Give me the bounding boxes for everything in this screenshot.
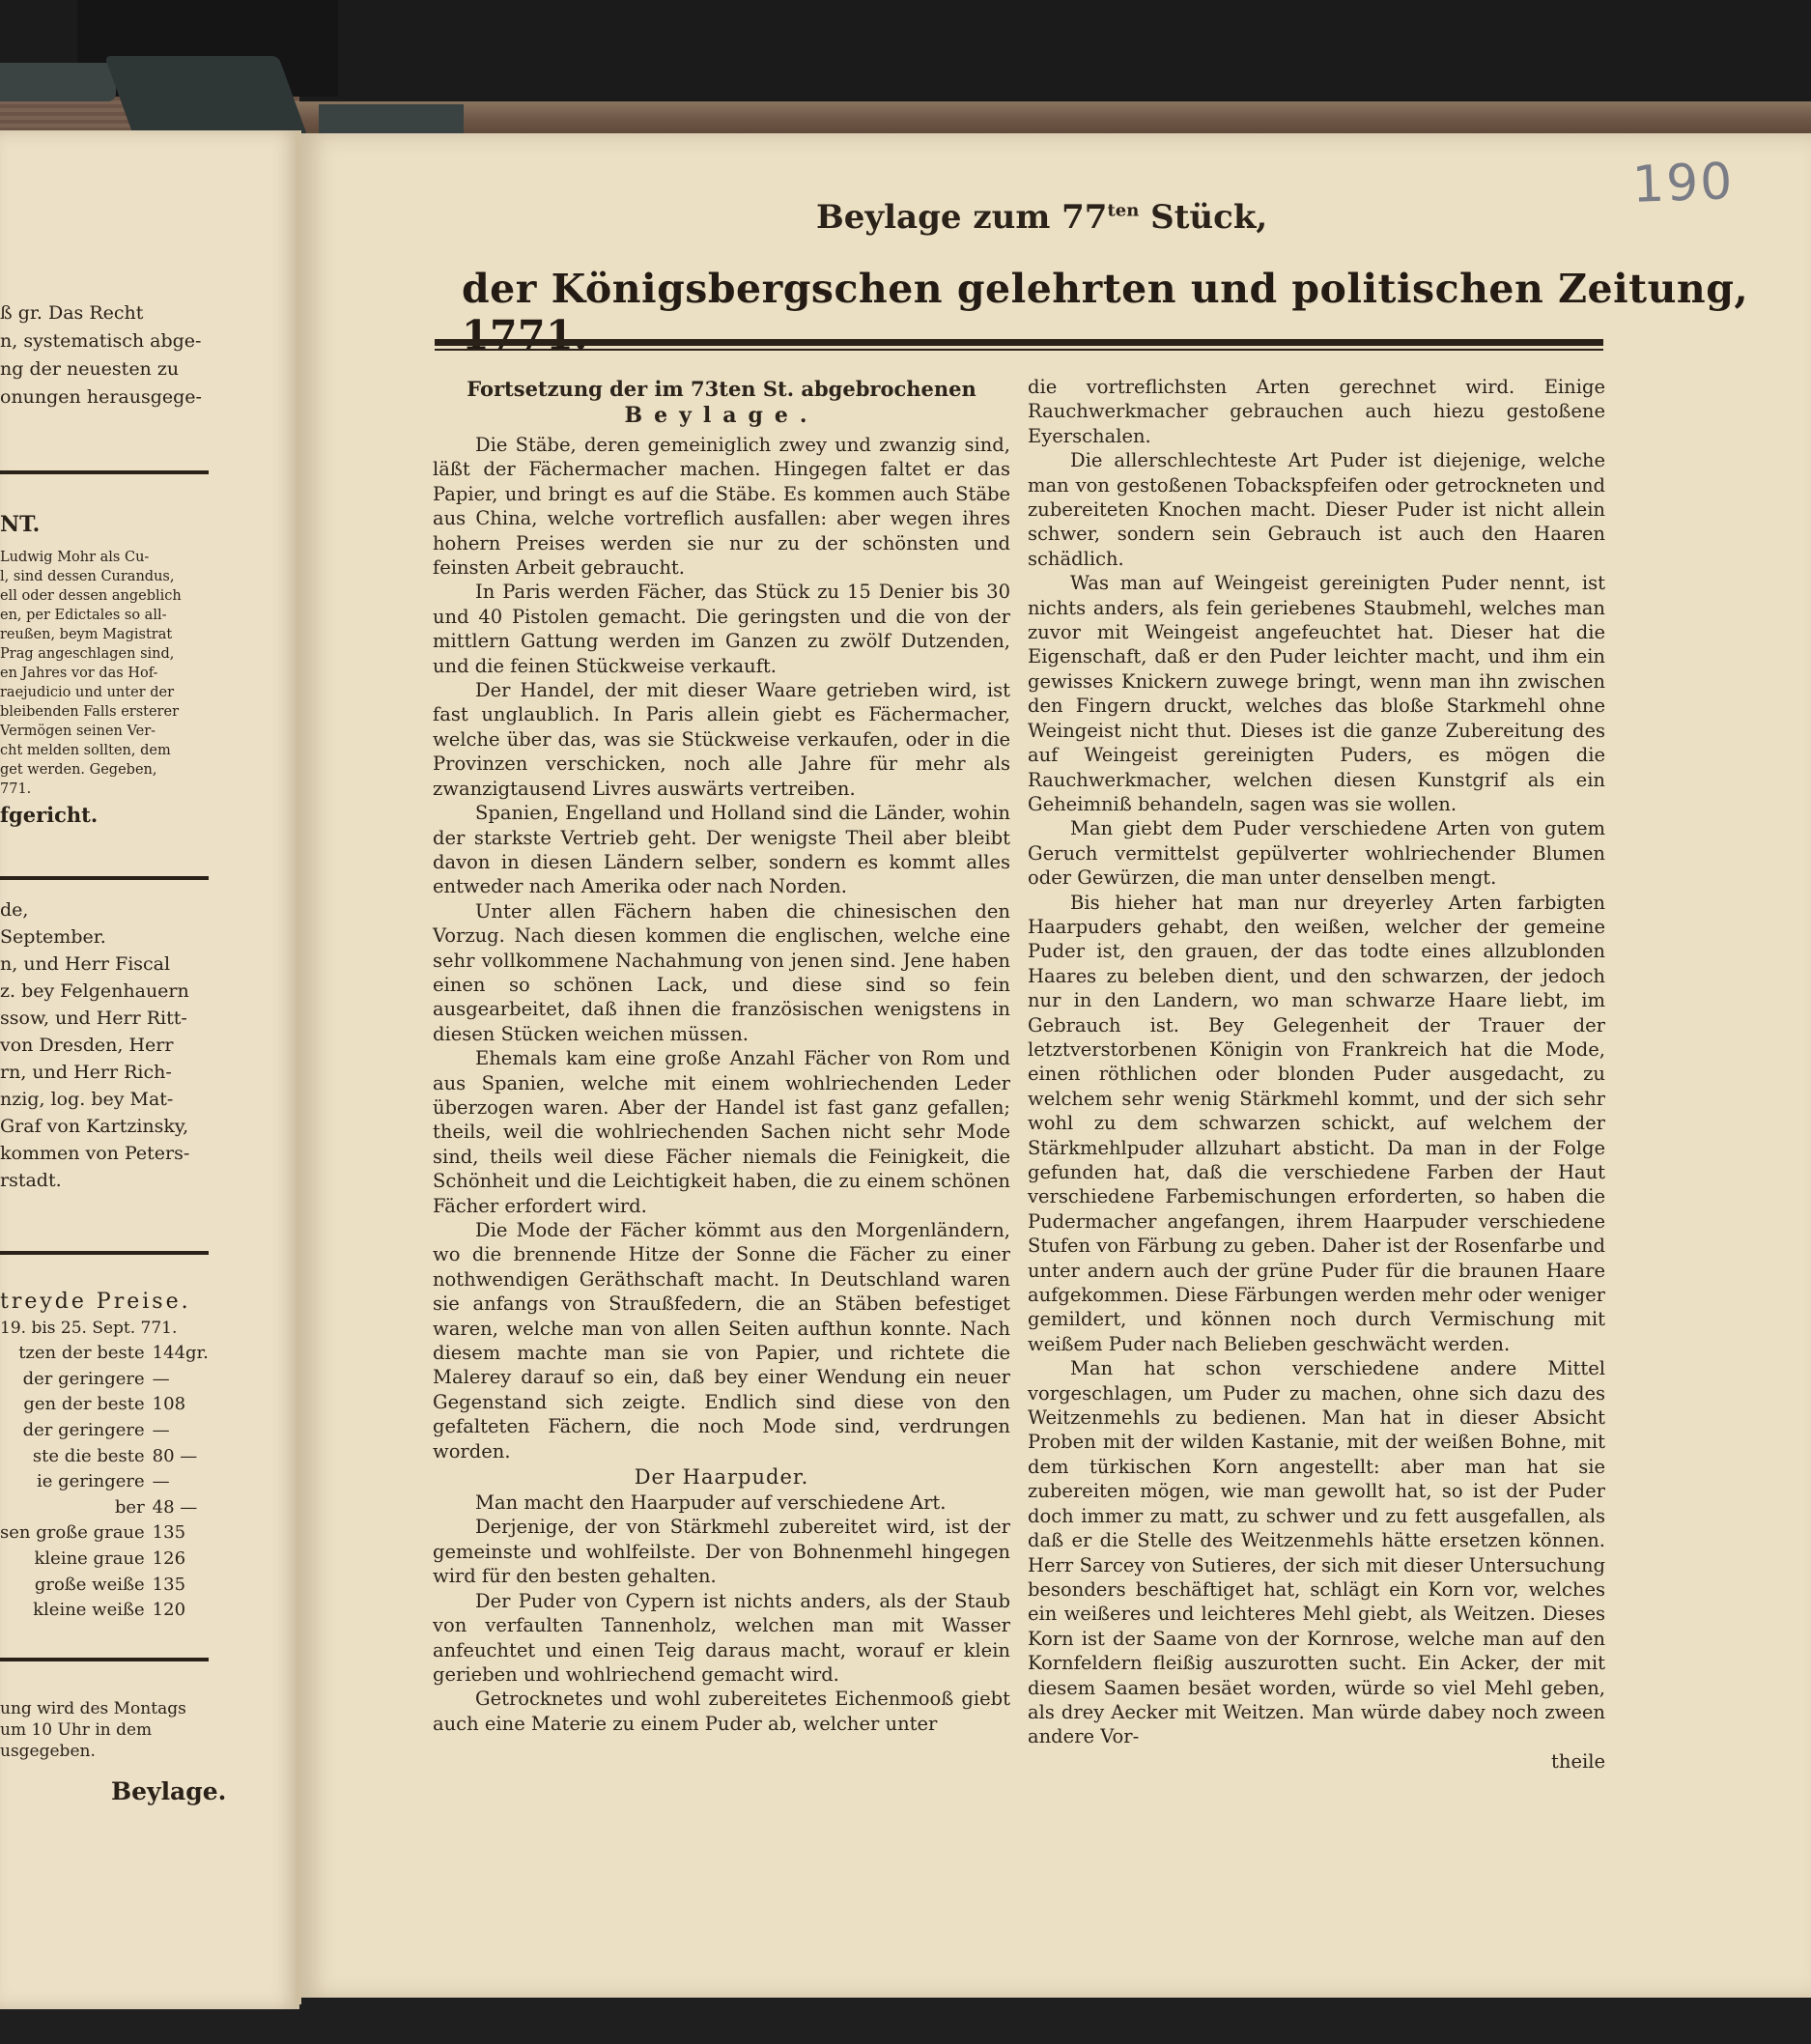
price-row: große weiße135	[0, 1573, 211, 1599]
text-line: Graf von Kartzinsky,	[0, 1113, 189, 1140]
left-page-rule	[0, 470, 209, 474]
left-page-catchword: Beylage.	[111, 1777, 226, 1805]
paragraph: Die Mode der Fächer kömmt aus den Morgen…	[433, 1218, 1010, 1463]
text-line: kommen von Peters-	[0, 1140, 189, 1167]
text-line: rstadt.	[0, 1167, 189, 1194]
left-page-arrivals: de, September. n, und Herr Fiscal z. bey…	[0, 896, 189, 1194]
grain-prices: treyde Preise. 19. bis 25. Sept. 771. tz…	[0, 1290, 211, 1624]
paragraph: Der Puder von Cypern ist nichts anders, …	[433, 1589, 1010, 1688]
left-page-notice: Ludwig Mohr als Cu- l, sind dessen Curan…	[0, 548, 182, 832]
text-line: ng der neuesten zu	[0, 355, 202, 383]
text-line: ssow, und Herr Ritt-	[0, 1005, 189, 1032]
paragraph: Bis hieher hat man nur dreyerley Arten f…	[1028, 891, 1605, 1357]
text-line: ß gr. Das Recht	[0, 299, 202, 327]
header-rule-thick	[435, 339, 1603, 346]
section-subtitle: Beylage.	[433, 402, 1010, 429]
left-page-rule	[0, 1251, 209, 1255]
paragraph: In Paris werden Fächer, das Stück zu 15 …	[433, 580, 1010, 678]
text-line: bleibenden Falls ersterer	[0, 702, 182, 722]
text-line: usgegeben.	[0, 1741, 186, 1762]
text-line: z. bey Felgenhauern	[0, 978, 189, 1005]
left-page-block-1: ß gr. Das Recht n, systematisch abge- ng…	[0, 299, 202, 412]
paragraph: Derjenige, der von Stärkmehl zubereitet …	[433, 1515, 1010, 1588]
text-line: um 10 Uhr in dem	[0, 1719, 186, 1741]
text-line: ell oder dessen angeblich	[0, 586, 182, 606]
text-line: Vermögen seinen Ver-	[0, 722, 182, 741]
section-title: Fortsetzung der im 73ten St. abgebrochen…	[433, 377, 1010, 402]
price-row: sen große graue135	[0, 1520, 211, 1547]
prices-heading: treyde Preise.	[0, 1290, 211, 1316]
prices-table: tzen der beste144gr. der geringere— gen …	[0, 1341, 211, 1624]
left-page-rule	[0, 1658, 209, 1661]
text-line: de,	[0, 896, 189, 923]
paragraph: Man hat schon verschiedene andere Mittel…	[1028, 1356, 1605, 1749]
paragraph: Der Handel, der mit dieser Waare getrieb…	[433, 678, 1010, 801]
price-row: der geringere—	[0, 1418, 211, 1444]
binding-strap-left	[0, 63, 116, 101]
article-column-right: die vortreflichsten Arten gerechnet wird…	[1028, 375, 1605, 1774]
price-row: tzen der beste144gr.	[0, 1341, 211, 1367]
text-line: Prag angeschlagen sind,	[0, 644, 182, 664]
price-row: ber48 —	[0, 1495, 211, 1521]
paragraph: Ehemals kam eine große Anzahl Fächer von…	[433, 1046, 1010, 1218]
header-rule-thin	[435, 349, 1603, 351]
paragraph: Man giebt dem Puder verschiedene Arten v…	[1028, 816, 1605, 890]
text-line: cht melden sollten, dem	[0, 741, 182, 760]
price-row: ste die beste80 —	[0, 1444, 211, 1470]
paragraph: Unter allen Fächern haben die chinesisch…	[433, 899, 1010, 1046]
text-line: September.	[0, 923, 189, 951]
left-page-heading-fragment: NT.	[0, 512, 40, 537]
paragraph: Getrocknetes und wohl zubereitetes Eiche…	[433, 1687, 1010, 1736]
subheading-haarpuder: Der Haarpuder.	[433, 1463, 1010, 1490]
text-line: Ludwig Mohr als Cu-	[0, 548, 182, 567]
left-page-rule	[0, 876, 209, 880]
paragraph: Man macht den Haarpuder auf verschiedene…	[433, 1490, 1010, 1515]
price-row: ie geringere—	[0, 1469, 211, 1495]
text-line: en Jahres vor das Hof-	[0, 664, 182, 683]
text-line: nzig, log. bey Mat-	[0, 1086, 189, 1113]
text-line: 771.	[0, 780, 182, 799]
paragraph: Was man auf Weingeist gereinigten Puder …	[1028, 571, 1605, 816]
text-line: n, systematisch abge-	[0, 327, 202, 355]
text-line: reußen, beym Magistrat	[0, 625, 182, 644]
text-line: fgericht.	[0, 799, 182, 832]
paragraph: Die allerschlechteste Art Puder ist diej…	[1028, 448, 1605, 571]
text-line: get werden. Gegeben,	[0, 760, 182, 780]
price-row: gen der beste108	[0, 1392, 211, 1418]
text-line: en, per Edictales so all-	[0, 606, 182, 625]
text-line: von Dresden, Herr	[0, 1032, 189, 1059]
price-row: kleine graue126	[0, 1547, 211, 1573]
publication-notice: ung wird des Montags um 10 Uhr in dem us…	[0, 1698, 186, 1762]
prices-date-range: 19. bis 25. Sept. 771.	[0, 1316, 211, 1342]
paragraph: die vortreflichsten Arten gerechnet wird…	[1028, 375, 1605, 448]
price-row: der geringere—	[0, 1367, 211, 1393]
paragraph: Spanien, Engelland und Holland sind die …	[433, 801, 1010, 899]
catchword: theile	[1028, 1749, 1605, 1774]
article-column-left: Fortsetzung der im 73ten St. abgebrochen…	[433, 377, 1010, 1736]
text-line: raejudicio und unter der	[0, 683, 182, 702]
supplement-heading: Beylage zum 77ten Stück,	[816, 198, 1267, 237]
handwritten-page-number: 190	[1631, 153, 1735, 214]
text-line: l, sind dessen Curandus,	[0, 567, 182, 586]
text-line: n, und Herr Fiscal	[0, 951, 189, 978]
text-line: ung wird des Montags	[0, 1698, 186, 1719]
text-line: rn, und Herr Rich-	[0, 1059, 189, 1086]
paragraph: Die Stäbe, deren gemeiniglich zwey und z…	[433, 433, 1010, 580]
price-row: kleine weiße120	[0, 1598, 211, 1624]
text-line: onungen herausgege-	[0, 383, 202, 412]
